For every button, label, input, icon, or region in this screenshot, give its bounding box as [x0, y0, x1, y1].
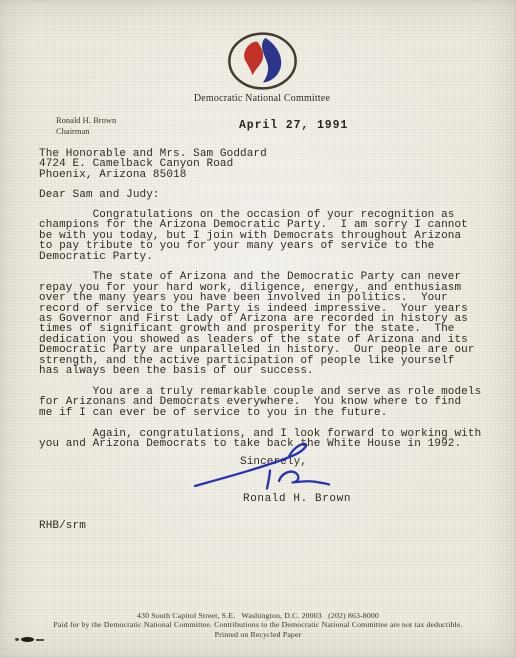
recipient-address: The Honorable and Mrs. Sam Goddard 4724 … [39, 149, 267, 180]
reference-initials: RHB/srm [39, 520, 86, 532]
footer-recycled-note: Printed on Recycled Paper [0, 630, 516, 639]
chairman-title: Chairman [56, 126, 116, 137]
smudge-dot [15, 638, 19, 641]
letter-date: April 27, 1991 [239, 119, 348, 132]
salutation: Dear Sam and Judy: [39, 190, 160, 200]
letterhead-footer: 430 South Capitol Street, S.E. Washingto… [0, 611, 516, 639]
dnc-torch-logo-icon [226, 30, 299, 93]
logo-blue-flame [262, 38, 281, 83]
signature-typed-name: Ronald H. Brown [243, 493, 351, 505]
logo-oval [229, 34, 295, 89]
letter-page: Democratic National Committee Ronald H. … [0, 0, 516, 658]
letter-body: Congratulations on the occasion of your … [39, 210, 481, 449]
chairman-block: Ronald H. Brown Chairman [56, 115, 116, 137]
handwritten-signature [140, 440, 360, 500]
footer-address-line: 430 South Capitol Street, S.E. Washingto… [0, 611, 516, 620]
footer-disclaimer: Paid for by the Democratic National Comm… [0, 620, 516, 629]
signature-strokes [195, 444, 329, 489]
organization-name: Democratic National Committee [158, 93, 366, 105]
smudge-dash [36, 639, 44, 641]
smudge-blob [21, 637, 34, 642]
logo-red-flame [244, 42, 263, 76]
chairman-name: Ronald H. Brown [56, 115, 116, 126]
smudge-mark [15, 637, 44, 642]
